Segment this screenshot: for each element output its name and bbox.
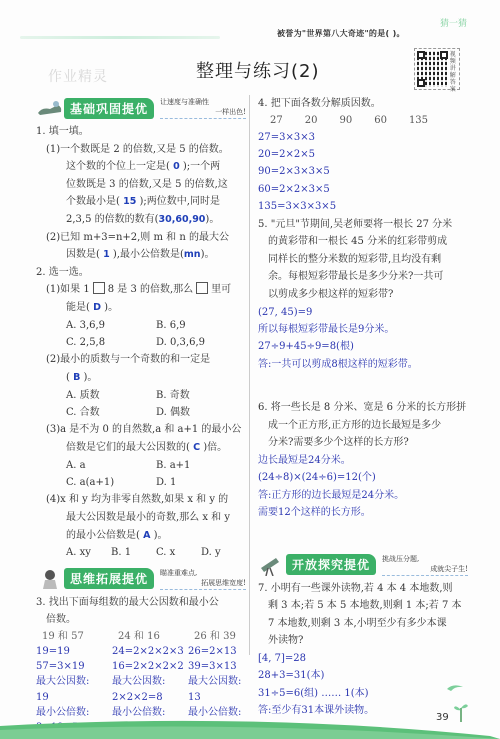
numbers-row: 27 20 90 60 135 <box>258 113 478 129</box>
question-text: 能是( D )。 <box>36 299 246 317</box>
question-text: 2,3,5 的倍数的数有(30,60,90)。 <box>36 211 246 229</box>
qr-code-icon <box>417 51 448 87</box>
answer-line: 16=2×2×2×2 <box>112 659 188 674</box>
question-title: 4. 把下面各数分解质因数。 <box>258 95 478 113</box>
answer-line: 需要12个这样的长方形。 <box>258 504 478 521</box>
question-6: 6. 将一些长是 8 分米、宽是 6 分米的长方形拼 成一个正方形,正方形的边长… <box>258 399 478 521</box>
answer-line: 13 <box>188 690 248 705</box>
section-label: 开放探究提优 <box>286 554 376 575</box>
answer-line: 最大公因数: <box>188 674 248 689</box>
answer-line: 24=2×2×2×3 <box>112 644 188 659</box>
answer: 15 <box>123 196 136 207</box>
question-5: 5. "元旦"节期间,吴老师要将一根长 27 分米 的黄彩带和一根长 45 分米… <box>258 216 478 374</box>
question-text: 倍数。 <box>36 611 246 629</box>
question-text: (1)如果 18 是 3 的倍数,那么里可 <box>36 281 246 299</box>
question-text: 外读物? <box>258 632 478 650</box>
option: A. 3,6,9 <box>66 317 156 334</box>
section-note: 瞄准重难点, 拓展思维宽度! <box>160 568 246 590</box>
column-divider <box>249 95 250 655</box>
question-text: 的最小公倍数是( A )。 <box>36 527 246 545</box>
question-text: 成一个正方形,正方形的边长最短是多少 <box>258 417 478 435</box>
options: A. 质数 B. 奇数 C. 合数 D. 偶数 <box>36 387 246 422</box>
answer: A <box>143 530 150 541</box>
workbook-page: 被誉为"世界第八大奇迹"的是( )。 猜一猜 作业精灵 整理与练习(2) 视频讲… <box>0 0 500 739</box>
answer-line: 26=2×13 <box>188 644 248 659</box>
question-title: 3. 找出下面每组数的最大公因数和最小公 <box>36 594 246 612</box>
footer-hill-decor <box>0 718 500 739</box>
option: C. a(a+1) <box>66 474 156 491</box>
answer-line: 所以每根短彩带最长是9分米。 <box>258 321 478 338</box>
question-text: 分米?需要多少个这样的长方形? <box>258 434 478 452</box>
option: D. 偶数 <box>156 404 246 421</box>
note-line: 让速度与准确性 <box>160 98 209 106</box>
answer-line: 答:一共可以剪成8根这样的短彩带。 <box>258 356 478 373</box>
answer-line: 20=2×2×5 <box>258 146 478 163</box>
question-text: 以剪成多少根这样的短彩带? <box>258 286 478 304</box>
section-note: 挑战压分题, 成就尖子生! <box>382 554 468 576</box>
option: D. 0,3,6,9 <box>156 334 246 351</box>
option: D. y <box>201 544 246 561</box>
number: 60 <box>374 113 387 129</box>
blank-box <box>196 282 208 294</box>
question-text: 最大公因数是最小的奇数,那么 x 和 y <box>36 509 246 527</box>
question-text: (2)已知 m+3=n+2,则 m 和 n 的最大公 <box>36 229 246 247</box>
question-text: 6. 将一些长是 8 分米、宽是 6 分米的长方形拼 <box>258 399 478 417</box>
answer-line: (27, 45)=9 <box>258 304 478 321</box>
number: 135 <box>409 113 428 129</box>
question-text: 7. 小明有一些课外读物,若 4 本 4 本地数,则 <box>258 580 478 598</box>
left-column: 基础巩固提优 让速度与准确性 一样出色! 1. 填一填。 (1)一个数既是 2 … <box>36 95 246 735</box>
question-text: 的黄彩带和一根长 45 分米的红彩带剪成 <box>258 233 478 251</box>
answer-line: 边长最短是24分米。 <box>258 452 478 469</box>
option: B. 1 <box>111 544 156 561</box>
note-line: 瞄准重难点, <box>160 569 197 577</box>
bird-icon <box>447 683 463 691</box>
page-number: 39 <box>436 712 449 723</box>
question-text: 倍数是它们的最大公因数的( C )倍。 <box>36 439 246 457</box>
question-text: 个数最小是( 15 );两位数中,同时是 <box>36 193 246 211</box>
section-banner-thinking: 思维拓展提优 瞄准重难点, 拓展思维宽度! <box>36 566 246 592</box>
answer: 0 <box>173 161 180 172</box>
section-label: 基础巩固提优 <box>64 98 154 119</box>
question-7: 7. 小明有一些课外读物,若 4 本 4 本地数,则 剩 3 本;若 5 本 5… <box>258 580 478 720</box>
options: A. 3,6,9 B. 6,9 C. 2,5,8 D. 0,3,6,9 <box>36 317 246 352</box>
question-text: 5. "元旦"节期间,吴老师要将一根长 27 分米 <box>258 216 478 234</box>
header-decor-bar <box>20 36 220 39</box>
question-title: 2. 选一选。 <box>36 264 246 282</box>
section-banner-open: 开放探究提优 挑战压分题, 成就尖子生! <box>258 552 478 578</box>
question-text: 因数是( 1 ),最小公倍数是(mn)。 <box>36 246 246 264</box>
note-line: 一样出色! <box>160 107 246 117</box>
question-2: 2. 选一选。 (1)如果 18 是 3 的倍数,那么里可 能是( D )。 A… <box>36 264 246 562</box>
riddle-deco-icon: 猜一猜 <box>440 20 470 46</box>
answer-line: (24÷8)×(24÷6)=12(个) <box>258 469 478 486</box>
section-note: 让速度与准确性 一样出色! <box>160 97 246 119</box>
answer-line: 28+3=31(本) <box>258 667 478 684</box>
answer-line: [4, 7]=28 <box>258 650 478 667</box>
section-banner-basic: 基础巩固提优 让速度与准确性 一样出色! <box>36 95 246 121</box>
answer: 30,60,90 <box>159 214 206 225</box>
question-3: 3. 找出下面每组数的最大公因数和最小公 倍数。 19 和 57 24 和 16… <box>36 594 246 736</box>
answer-line: 31÷5=6(组) …… 1(本) <box>258 685 478 702</box>
option: C. 合数 <box>66 404 156 421</box>
note-line: 成就尖子生! <box>382 564 468 574</box>
answer: mn <box>184 249 201 260</box>
question-text: 同样长的整分米数的短彩带,且均没有剩 <box>258 251 478 269</box>
note-line: 挑战压分题, <box>382 555 419 563</box>
option: B. a+1 <box>156 457 246 474</box>
question-text: 余。每根短彩带最长是多少分米?一共可 <box>258 268 478 286</box>
answer-line: 19=19 <box>36 644 112 659</box>
group-header: 19 和 57 <box>36 629 112 644</box>
option: B. 奇数 <box>156 387 246 404</box>
option: A. 质数 <box>66 387 156 404</box>
options: A. xy B. 1 C. x D. y <box>36 544 246 561</box>
watermark: 作业精灵 <box>48 66 108 86</box>
question-text: ( B )。 <box>36 369 246 387</box>
option: C. x <box>156 544 201 561</box>
answer-line: 135=3×3×3×5 <box>258 198 478 215</box>
question-text: 这个数的个位上一定是( 0 );一个两 <box>36 158 246 176</box>
answer: 1 <box>103 249 110 260</box>
answer-line: 27=3×3×3 <box>258 129 478 146</box>
answer-line: 19 <box>36 690 112 705</box>
answer-line: 60=2×2×3×5 <box>258 181 478 198</box>
answer: C <box>193 442 200 453</box>
section-label: 思维拓展提优 <box>64 568 154 589</box>
question-1: 1. 填一填。 (1)一个数既是 2 的倍数,又是 5 的倍数。 这个数的个位上… <box>36 123 246 264</box>
qr-side-label: 视频讲解答案 <box>450 51 457 87</box>
answer: D <box>93 302 101 313</box>
answer-line: 57=3×19 <box>36 659 112 674</box>
option: C. 2,5,8 <box>66 334 156 351</box>
telescope-icon <box>258 554 286 576</box>
answer-line: 最大公因数: <box>36 674 112 689</box>
options: A. a B. a+1 C. a(a+1) D. 1 <box>36 457 246 492</box>
answer-line: 最大公因数: <box>112 674 188 689</box>
option: A. xy <box>66 544 111 561</box>
question-4: 4. 把下面各数分解质因数。 27 20 90 60 135 27=3×3×3 … <box>258 95 478 216</box>
right-column: 4. 把下面各数分解质因数。 27 20 90 60 135 27=3×3×3 … <box>258 95 478 720</box>
question-text: 剩 3 本;若 5 本 5 本地数,则剩 1 本;若 7 本 <box>258 597 478 615</box>
question-text: (4)x 和 y 均为非零自然数,如果 x 和 y 的 <box>36 491 246 509</box>
question-title: 1. 填一填。 <box>36 123 246 141</box>
answer-line: 90=2×3×3×5 <box>258 163 478 180</box>
answer-line: 2×2×2=8 <box>112 690 188 705</box>
answer-line: 39=3×13 <box>188 659 248 674</box>
answer-line: 答:正方形的边长最短是24分米。 <box>258 487 478 504</box>
answer: B <box>73 372 80 383</box>
option: B. 6,9 <box>156 317 246 334</box>
question-text: 7 本地数,则剩 3 本,小明至少有多少本课 <box>258 615 478 633</box>
group-header: 24 和 16 <box>112 629 188 644</box>
qr-code[interactable]: 视频讲解答案 <box>414 48 460 90</box>
question-text: (1)一个数既是 2 的倍数,又是 5 的倍数。 <box>36 141 246 159</box>
blank-box <box>93 282 105 294</box>
question-text: 位数既是 3 的倍数,又是 5 的倍数,这 <box>36 176 246 194</box>
riddle-text: 被誉为"世界第八大奇迹"的是( )。 <box>277 28 405 39</box>
sneaker-icon <box>36 97 64 119</box>
question-text: (2)最小的质数与一个奇数的和一定是 <box>36 351 246 369</box>
sprout-icon <box>452 700 470 722</box>
answer-line: 27÷9+45÷9=8(根) <box>258 338 478 355</box>
option: D. 1 <box>156 474 246 491</box>
group-header: 26 和 39 <box>188 629 248 644</box>
girl-mascot-icon <box>36 568 64 590</box>
question-text: (3)a 是不为 0 的自然数,a 和 a+1 的最小公 <box>36 421 246 439</box>
option: A. a <box>66 457 156 474</box>
number: 20 <box>305 113 318 129</box>
number: 90 <box>339 113 352 129</box>
page-title: 整理与练习(2) <box>196 57 320 83</box>
note-line: 拓展思维宽度! <box>160 578 246 588</box>
number: 27 <box>270 113 283 129</box>
